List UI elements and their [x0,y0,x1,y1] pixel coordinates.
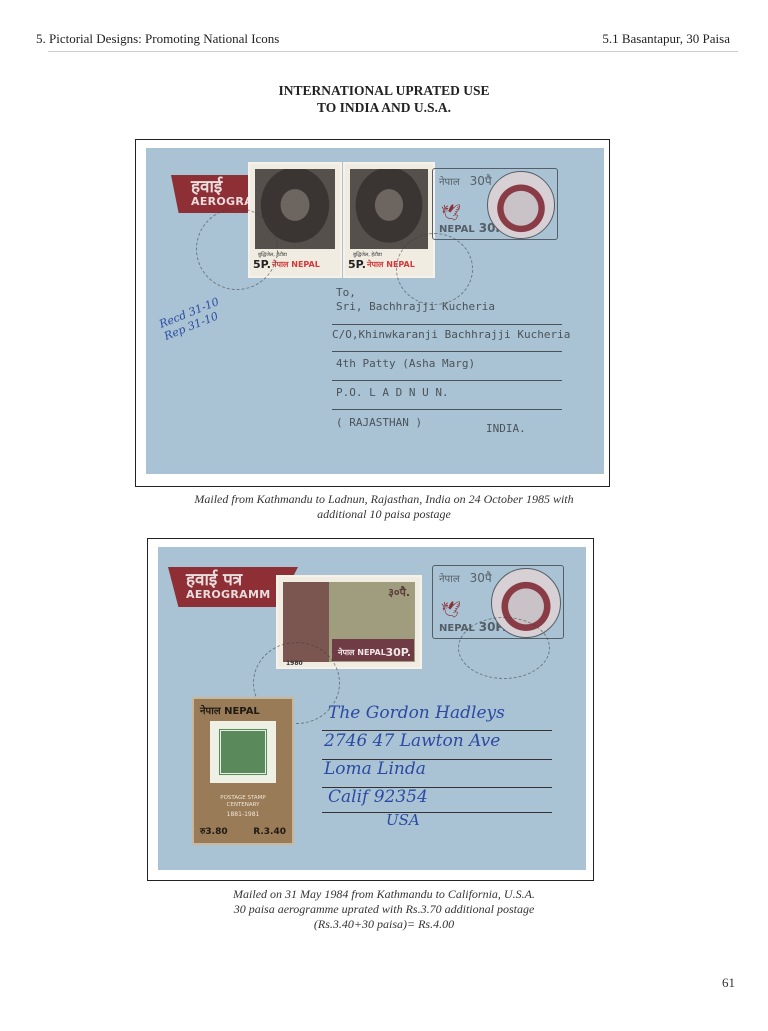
address-line-3: 4th Patty (Asha Marg) [336,357,475,370]
header-divider [48,51,738,52]
page-title-line-2: TO INDIA AND U.S.A. [0,99,768,116]
postmark [196,208,278,290]
receipt-annotation: Recd 31-10 Rep 31-10 [157,295,225,343]
page-title-line-1: INTERNATIONAL UPRATED USE [0,82,768,99]
address-country: USA [386,811,420,829]
address-line-1: The Gordon Hadleys [328,703,505,723]
cover-2-frame: हवाई पत्र AEROGRAMM ३०पै. नेपाल NEPAL 30… [147,538,594,881]
centenary-stamp-image [210,721,276,783]
imprinted-stamp-indicium: नेपाल30पै 🕊 NEPAL30P. [432,168,558,240]
chapter-heading: 5. Pictorial Designs: Promoting National… [36,31,279,47]
cover-2-caption: Mailed on 31 May 1984 from Kathmandu to … [0,887,768,932]
address-line-1: Sri, Bachhrajji Kucheria [336,300,495,313]
address-country: INDIA. [486,422,526,435]
address-line-2: 2746 47 Lawton Ave [324,731,500,751]
section-heading: 5.1 Basantapur, 30 Paisa [602,31,730,47]
page-number: 61 [722,975,735,991]
address-line-3: Loma Linda [324,759,426,779]
address-line-2: C/O,Khinwkaranji Bachhrajji Kucheria [332,328,570,341]
cover-1-aerogramme: हवाई AEROGRA बुद्धिजेल, हेटौडा 5P. नेपाल… [146,148,604,474]
address-line-4: Calif 92354 [328,787,428,807]
postmark [458,617,550,679]
stamp-centenary: नेपाल NEPAL POSTAGE STAMP CENTENARY 1881… [194,699,292,843]
page-title: INTERNATIONAL UPRATED USE TO INDIA AND U… [0,82,768,116]
cover-1-caption: Mailed from Kathmandu to Ladnun, Rajasth… [0,492,768,522]
address-to: To, [336,286,356,299]
cover-2-aerogramme: हवाई पत्र AEROGRAMM ३०पै. नेपाल NEPAL 30… [158,547,586,870]
bird-icon: 🕊 [441,203,461,222]
postmark [396,233,473,305]
basantapur-palace-image [487,171,555,239]
cover-1-frame: हवाई AEROGRA बुद्धिजेल, हेटौडा 5P. नेपाल… [135,139,610,487]
bird-icon: 🕊 [441,600,461,619]
address-line-4: P.O. L A D N U N. [336,386,449,399]
address-line-5: ( RAJASTHAN ) [336,416,422,429]
